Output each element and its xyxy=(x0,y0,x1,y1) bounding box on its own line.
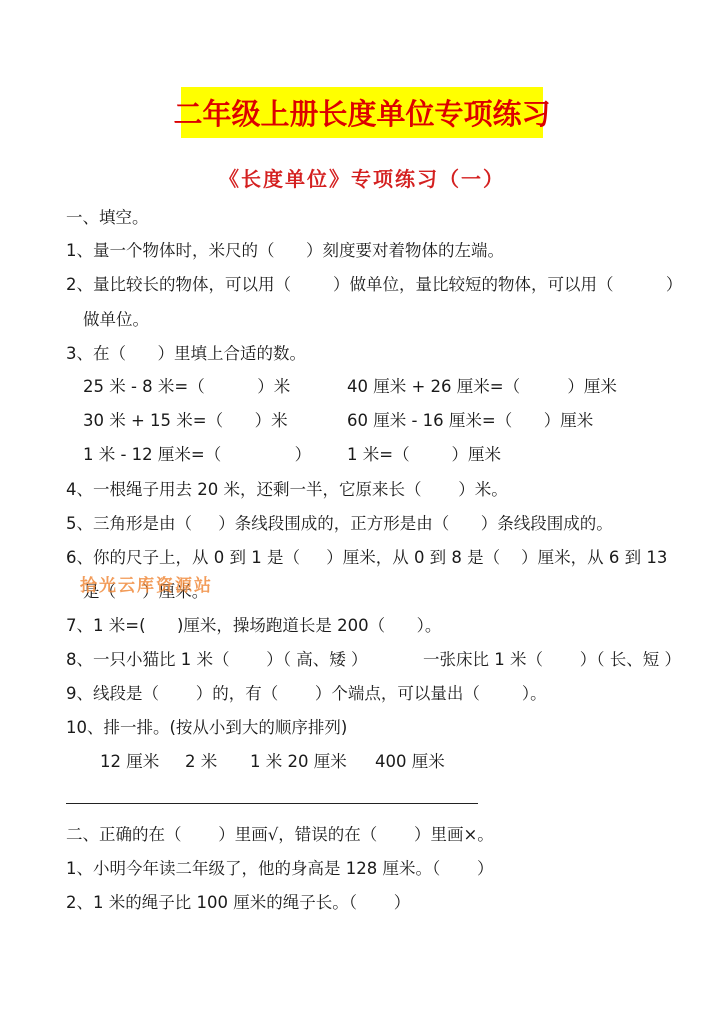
q3-item-3: 30 米 + 15 米=（ ）米 xyxy=(83,411,288,431)
q3-item-5: 1 米 - 12 厘米=（ ） xyxy=(83,445,311,465)
q10-item-4: 400 厘米 xyxy=(375,752,445,772)
watermark: 拾光云库资源站 xyxy=(80,571,213,596)
judge-question-1: 1、小明今年读二年级了，他的身高是 128 厘米。（ ） xyxy=(66,859,493,879)
question-3-heading: 3、在（ ）里填上合适的数。 xyxy=(66,344,306,364)
question-2-line-1: 2、量比较长的物体，可以用（ ）做单位，量比较短的物体，可以用（ ） xyxy=(66,275,682,295)
question-9: 9、线段是（ ）的，有（ ）个端点，可以量出（ ）。 xyxy=(66,684,547,704)
question-8-left: 8、一只小猫比 1 米（ ）（ 高、矮 ） xyxy=(66,650,367,670)
question-8-right: 一张床比 1 米（ ）（ 长、短 ） xyxy=(423,650,681,670)
question-5: 5、三角形是由（ ）条线段围成的，正方形是由（ ）条线段围成的。 xyxy=(66,514,613,534)
judge-question-2: 2、1 米的绳子比 100 厘米的绳子长。（ ） xyxy=(66,893,410,913)
title-banner: 二年级上册长度单位专项练习 xyxy=(181,87,543,138)
section-1-heading: 一、填空。 xyxy=(66,208,149,228)
q10-item-1: 12 厘米 xyxy=(100,752,159,772)
question-1: 1、量一个物体时，米尺的（ ）刻度要对着物体的左端。 xyxy=(66,241,504,261)
q3-item-2: 40 厘米 + 26 厘米=（ ）厘米 xyxy=(347,377,617,397)
question-10: 10、排一排。(按从小到大的顺序排列) xyxy=(66,718,347,738)
page-title: 二年级上册长度单位专项练习 xyxy=(174,92,551,133)
q10-item-3: 1 米 20 厘米 xyxy=(250,752,347,772)
question-6-line-1: 6、你的尺子上，从 0 到 1 是（ ）厘米，从 0 到 8 是（ ）厘米，从 … xyxy=(66,548,667,568)
question-7: 7、1 米=( )厘米，操场跑道长是 200（ ）。 xyxy=(66,616,441,636)
question-4: 4、一根绳子用去 20 米，还剩一半，它原来长（ ）米。 xyxy=(66,480,508,500)
section-2-heading: 二、正确的在（ ）里画√，错误的在（ ）里画×。 xyxy=(66,825,494,845)
q3-item-6: 1 米=（ ）厘米 xyxy=(347,445,501,465)
answer-line xyxy=(66,803,478,804)
q3-item-4: 60 厘米 - 16 厘米=（ ）厘米 xyxy=(347,411,593,431)
q3-item-1: 25 米 - 8 米=（ ）米 xyxy=(83,377,290,397)
question-2-line-2: 做单位。 xyxy=(83,310,149,330)
q10-item-2: 2 米 xyxy=(185,752,217,772)
worksheet-subtitle: 《长度单位》专项练习（一） xyxy=(0,163,724,192)
